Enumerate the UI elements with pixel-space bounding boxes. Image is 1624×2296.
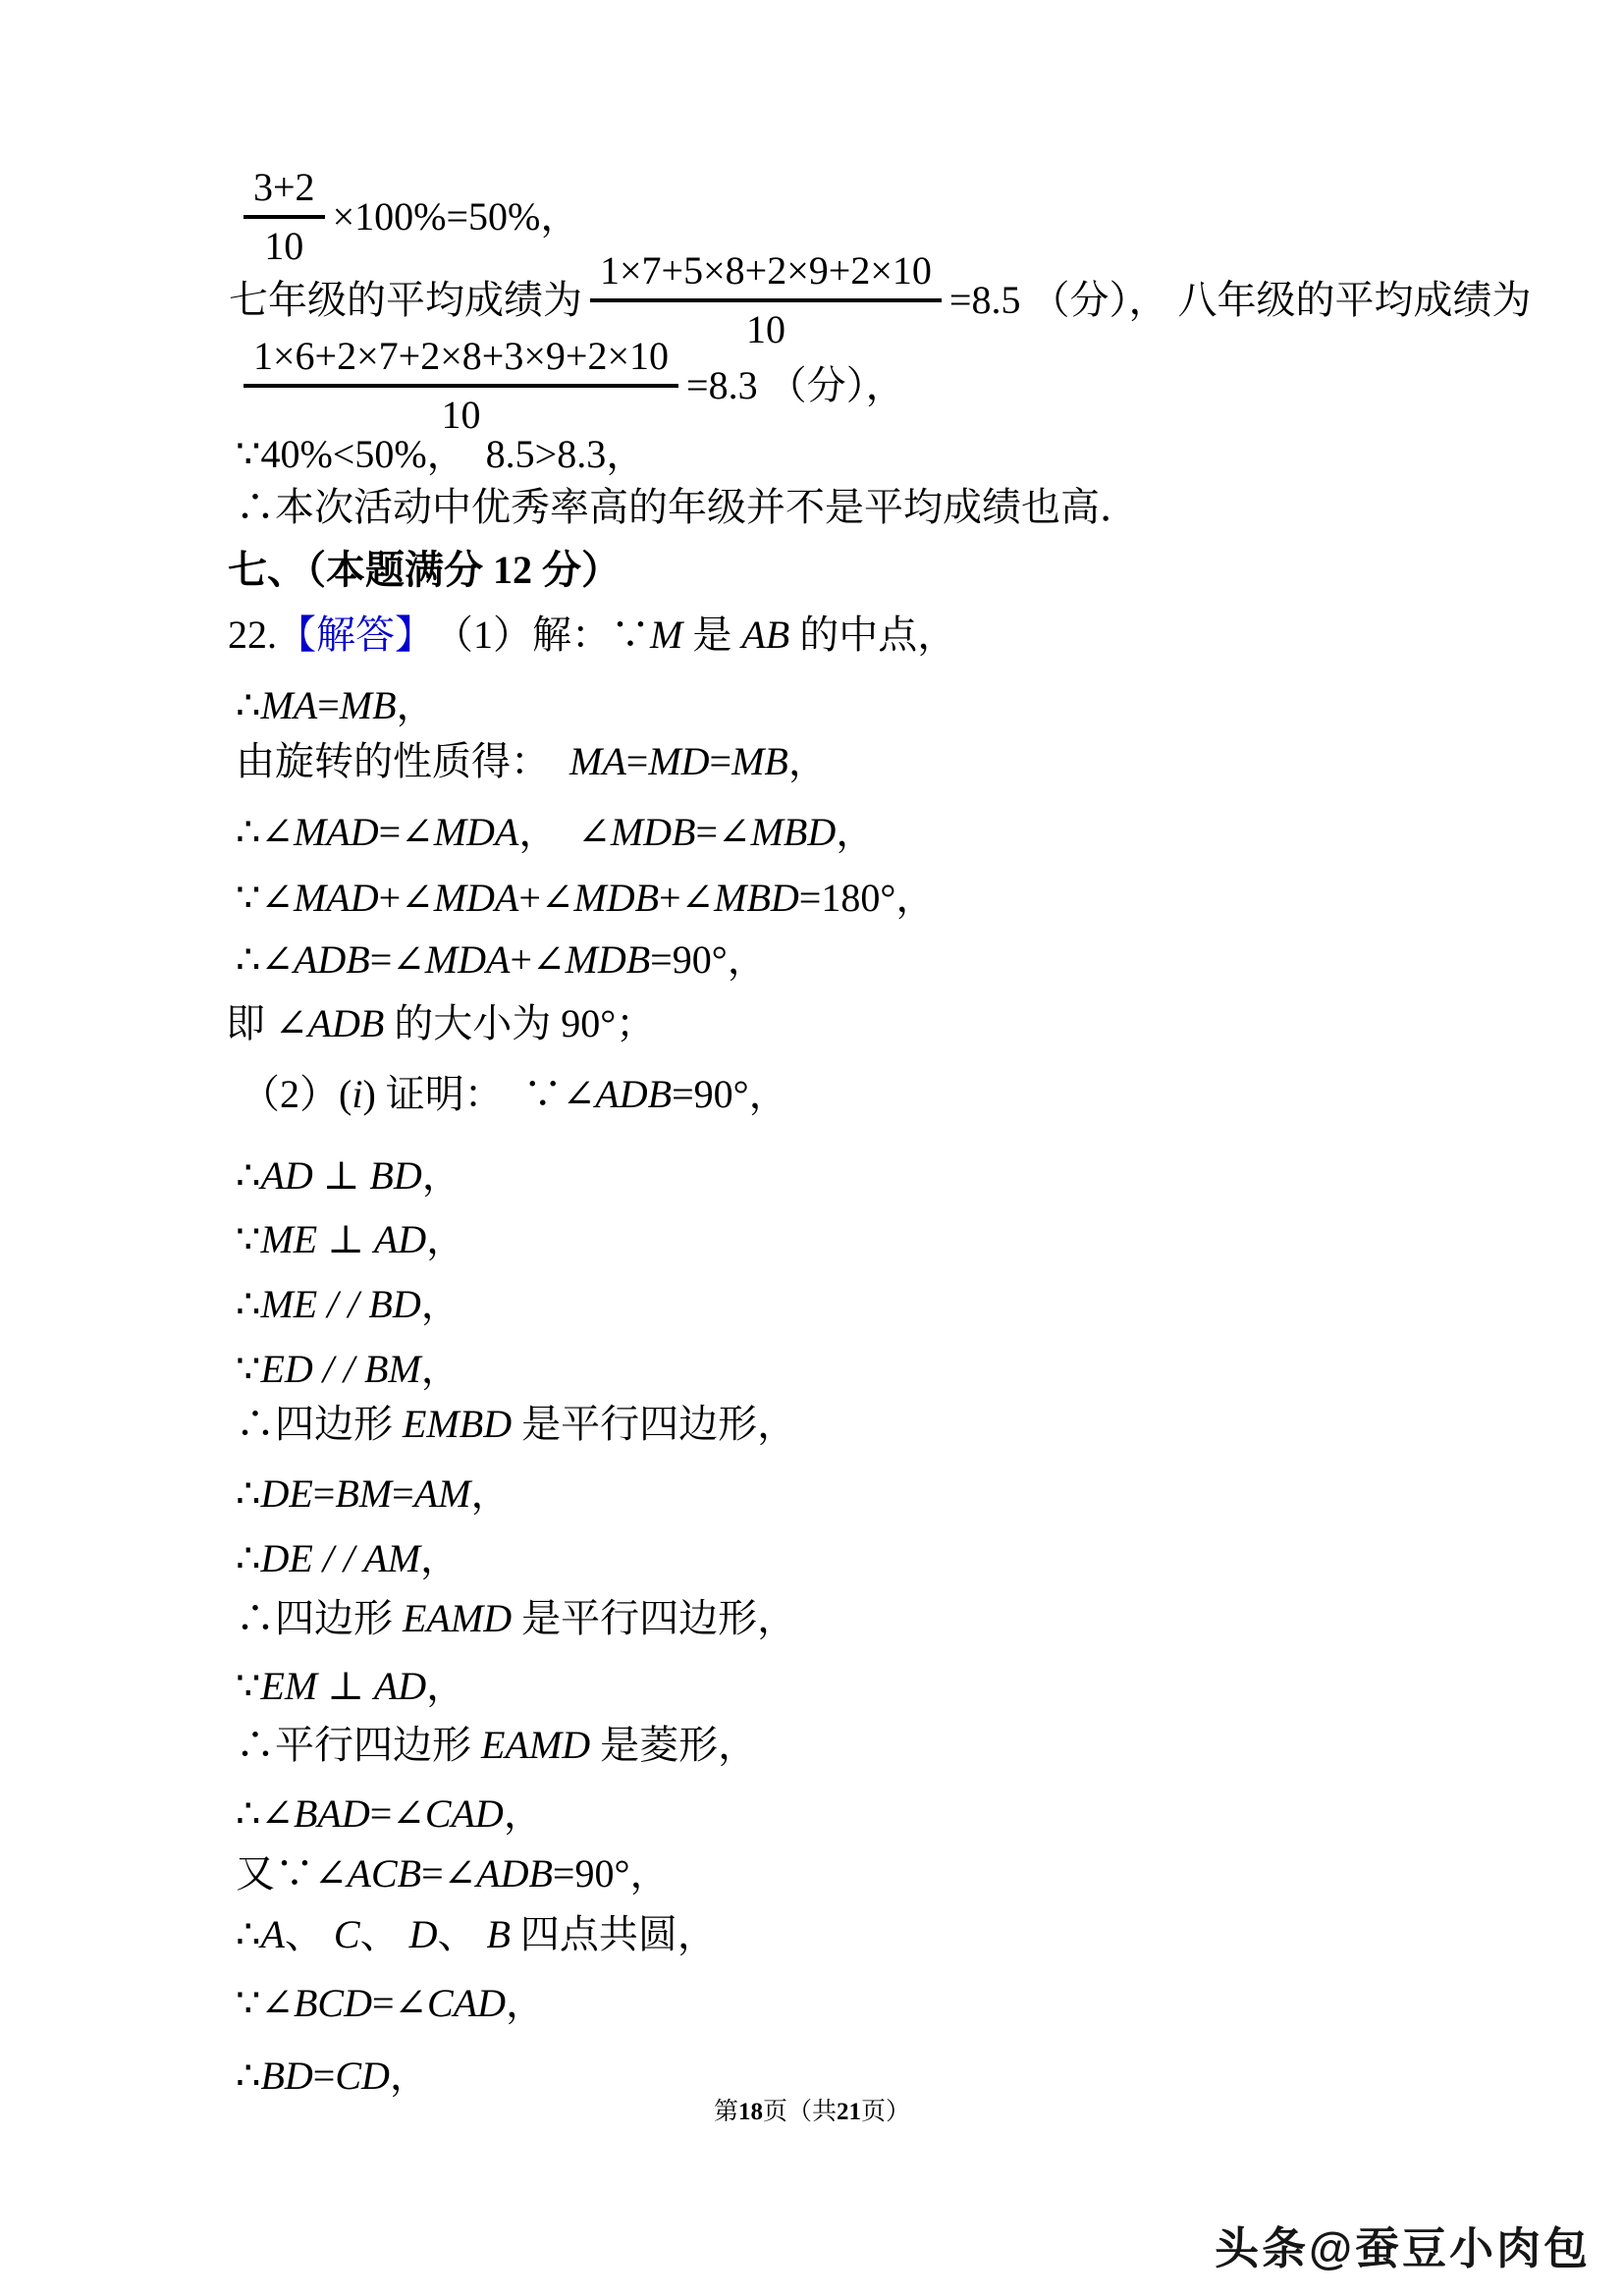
text-segment: 、 (437, 1912, 486, 1957)
text-segment: ADB (476, 1851, 553, 1896)
text-line: ∴BD=CD， (236, 2054, 429, 2099)
text-segment: = (313, 1471, 336, 1517)
text-segment: ， (420, 1536, 460, 1581)
text-segment: +∠ (510, 937, 565, 983)
text-segment: ， (422, 1153, 461, 1199)
text-segment: AM (414, 1471, 471, 1517)
text-segment: MAD (294, 810, 379, 855)
text-segment: EMBD (403, 1402, 512, 1447)
text-line: ∴DE / / AM， (236, 1536, 460, 1581)
text-line: 第18页（共21页） (0, 2099, 1624, 2127)
text-segment: MA (260, 683, 317, 728)
text-line: ∵EM ⊥ AD， (236, 1664, 465, 1709)
text-line: ∴∠MAD=∠MDA， ∠MDB=∠MBD， (236, 810, 875, 855)
text-segment: ⊥ (317, 1664, 374, 1709)
text-segment: （1）解：∵ (434, 613, 650, 658)
text-segment: ADB (294, 937, 370, 983)
text-segment: MDA (434, 876, 519, 921)
text-segment: BD (369, 1153, 421, 1199)
text-segment: EAMD (403, 1596, 512, 1641)
fraction-numerator: 1×7+5×8+2×9+2×10 (590, 248, 942, 302)
text-segment: ∴平行四边形 (236, 1723, 481, 1768)
text-segment: C (334, 1912, 360, 1957)
text-line: ∵ED / / BM， (236, 1347, 460, 1392)
text-segment: ， (836, 810, 875, 855)
text-segment: =∠ (379, 810, 434, 855)
text-segment: = (392, 1471, 414, 1517)
text-segment: =∠ (372, 1981, 427, 2026)
text-line: ∴∠BAD=∠CAD， (236, 1791, 543, 1837)
text-line: 1×6+2×7+2×8+3×9+2×1010=8.3 （分）， (236, 334, 905, 438)
answer-label: 【解答】 (277, 613, 434, 658)
text-segment: 七、（本题满分 12 分） (228, 548, 621, 593)
text-segment: =∠ (370, 937, 425, 983)
text-segment: MB (731, 739, 788, 784)
text-segment: CAD (427, 1981, 506, 2026)
text-segment: AB (741, 613, 789, 658)
text-segment: 21 (837, 2099, 861, 2125)
text-segment: =∠ (421, 1851, 476, 1896)
text-segment: +∠ (659, 876, 714, 921)
text-segment: ， (426, 1664, 465, 1709)
text-segment: CAD (425, 1791, 504, 1837)
text-segment: 七年级的平均成绩为 (229, 278, 582, 323)
text-segment: DE / / AM (260, 1536, 420, 1581)
text-segment: EM (260, 1664, 317, 1709)
text-segment: 22. (228, 613, 277, 658)
text-segment: MDA (425, 937, 511, 983)
text-segment: = (626, 739, 649, 784)
text-segment: MDA (434, 810, 519, 855)
text-segment: D (409, 1912, 438, 1957)
text-line: ∴MA=MB， (236, 683, 436, 728)
text-segment: 的中点， (789, 613, 956, 658)
text-segment: =180°， (799, 876, 936, 921)
text-segment: ， (426, 1217, 465, 1262)
text-segment: ∵ (236, 1664, 260, 1709)
text-segment: AD (374, 1217, 426, 1262)
fraction-numerator: 1×6+2×7+2×8+3×9+2×10 (244, 334, 678, 388)
text-segment: BCD (294, 1981, 372, 2026)
text-segment: 是 (682, 613, 741, 658)
text-segment: ， (470, 1471, 510, 1517)
text-segment: ∴ (236, 1912, 260, 1957)
text-segment: =90°， (672, 1072, 788, 1117)
fraction-denominator: 10 (442, 388, 481, 438)
text-segment: DE (260, 1471, 312, 1517)
text-segment: ∴ (236, 1153, 260, 1199)
text-segment: MBD (714, 876, 799, 921)
text-segment: 第 (714, 2099, 738, 2125)
text-segment: ∴ (236, 1471, 260, 1517)
text-segment: ME / / BD (260, 1282, 420, 1327)
text-line: ∴平行四边形 EAMD 是菱形， (236, 1723, 757, 1768)
text-segment: （2）( (241, 1072, 352, 1117)
text-segment: ， (390, 2054, 429, 2099)
text-segment: MDB (611, 810, 696, 855)
text-segment: ME (260, 1217, 317, 1262)
text-segment: ， (421, 1282, 460, 1327)
text-segment: ⊥ (313, 1153, 370, 1199)
text-segment: +∠ (518, 876, 573, 921)
text-segment: =∠ (370, 1791, 425, 1837)
text-segment: ∵∠ (236, 876, 294, 921)
text-segment: MDB (573, 876, 659, 921)
text-segment: ∴四边形 (236, 1402, 403, 1447)
text-segment: 18 (738, 2099, 763, 2125)
text-segment: +∠ (379, 876, 434, 921)
text-segment: ACB (348, 1851, 422, 1896)
text-segment: ) 证明： ∵∠ (362, 1072, 595, 1117)
text-line: ∵ME ⊥ AD， (236, 1217, 465, 1262)
text-line: （2）(i) 证明： ∵∠ADB=90°， (241, 1072, 788, 1117)
text-segment: AD (374, 1664, 426, 1709)
text-line: ∴ME / / BD， (236, 1282, 460, 1327)
text-segment: ∴ (236, 1536, 260, 1581)
text-segment: A (260, 1912, 284, 1957)
text-segment: MDB (566, 937, 651, 983)
text-segment: MD (648, 739, 709, 784)
text-segment: = (313, 2054, 336, 2099)
watermark: 头条@蚕豆小肉包 (1215, 2213, 1591, 2276)
text-line: ∵∠BCD=∠CAD， (236, 1981, 545, 2026)
text-line: 即 ∠ADB 的大小为 90°； (226, 1001, 655, 1046)
text-segment: 是平行四边形， (512, 1402, 796, 1447)
text-segment: ∴ (236, 683, 260, 728)
text-segment: = (317, 683, 340, 728)
text-segment: 页（共 (763, 2099, 837, 2125)
text-segment: AD (260, 1153, 312, 1199)
text-segment: 由旋转的性质得： (236, 739, 569, 784)
text-segment: =90°， (650, 937, 767, 983)
text-segment: 又∵∠ (236, 1851, 348, 1896)
text-segment: i (352, 1072, 362, 1117)
text-line: 22.【解答】（1）解：∵M 是 AB 的中点， (228, 613, 956, 658)
text-segment: = (710, 739, 732, 784)
text-segment: ∵ (236, 1347, 260, 1392)
text-line: 七、（本题满分 12 分） (228, 548, 621, 593)
text-segment: 、 (285, 1912, 334, 1957)
text-segment: MA (569, 739, 626, 784)
text-segment: ∵40%<50%， 8.5>8.3， (236, 432, 645, 477)
text-segment: 是平行四边形， (512, 1596, 796, 1641)
text-line: ∴四边形 EAMD 是平行四边形， (236, 1596, 796, 1641)
text-segment: 四点共圆， (511, 1912, 717, 1957)
text-segment: ⊥ (317, 1217, 374, 1262)
text-segment: CD (335, 2054, 390, 2099)
text-segment: ADB (595, 1072, 672, 1117)
text-segment: 是菱形， (590, 1723, 757, 1768)
text-segment: ∴ (236, 1282, 260, 1327)
text-segment: ， (397, 683, 436, 728)
text-segment: =∠ (695, 810, 750, 855)
text-line: ∴四边形 EMBD 是平行四边形， (236, 1402, 796, 1447)
text-line: ∴DE=BM=AM， (236, 1471, 510, 1517)
text-line: 由旋转的性质得： MA=MD=MB， (236, 739, 828, 784)
fraction: 1×6+2×7+2×8+3×9+2×1010 (244, 334, 678, 438)
text-segment: BD (260, 2054, 312, 2099)
text-segment: MBD (751, 810, 837, 855)
fraction-numerator: 3+2 (244, 165, 325, 219)
text-segment: ， (788, 739, 828, 784)
text-segment: ×100%=50%， (333, 194, 580, 240)
text-segment: ∴∠ (236, 810, 294, 855)
text-segment: ED / / BM (260, 1347, 420, 1392)
text-segment: =90°， (553, 1851, 670, 1896)
text-segment: =8.5 （分）， 八年级的平均成绩为 (949, 278, 1532, 323)
text-line: ∴本次活动中优秀率高的年级并不是平均成绩也高． (236, 485, 1139, 530)
text-segment: ， ∠ (518, 810, 611, 855)
text-segment: ∴∠ (236, 1791, 294, 1837)
text-line: ∵∠MAD+∠MDA+∠MDB+∠MBD=180°， (236, 876, 935, 921)
text-segment: EAMD (481, 1723, 590, 1768)
text-line: 又∵∠ACB=∠ADB=90°， (236, 1851, 669, 1896)
text-line: ∴A、 C、 D、 B 四点共圆， (236, 1912, 717, 1957)
text-segment: M (650, 613, 682, 658)
document-page: 3+210×100%=50%，七年级的平均成绩为1×7+5×8+2×9+2×10… (0, 0, 1624, 2296)
text-segment: ADB (308, 1001, 385, 1046)
text-segment: MAD (294, 876, 379, 921)
text-segment: ∴∠ (236, 937, 294, 983)
text-segment: MB (340, 683, 397, 728)
text-line: ∵40%<50%， 8.5>8.3， (236, 432, 645, 477)
text-segment: 、 (360, 1912, 409, 1957)
text-segment: =8.3 （分）， (686, 363, 905, 408)
text-segment: B (486, 1912, 510, 1957)
text-line: ∴∠ADB=∠MDA+∠MDB=90°， (236, 937, 767, 983)
text-segment: ， (506, 1981, 545, 2026)
text-segment: 即 ∠ (226, 1001, 308, 1046)
text-segment: ∴本次活动中优秀率高的年级并不是平均成绩也高． (236, 485, 1139, 530)
text-segment: ， (421, 1347, 460, 1392)
text-segment: ∴ (236, 2054, 260, 2099)
text-segment: 页） (861, 2099, 910, 2125)
text-segment: 的大小为 90°； (384, 1001, 655, 1046)
text-segment: ∵ (236, 1217, 260, 1262)
text-line: ∴AD ⊥ BD， (236, 1153, 461, 1199)
text-segment: ∵∠ (236, 1981, 294, 2026)
text-segment: ， (504, 1791, 543, 1837)
text-segment: BM (335, 1471, 392, 1517)
text-segment: BAD (294, 1791, 370, 1837)
text-segment: ∴四边形 (236, 1596, 403, 1641)
